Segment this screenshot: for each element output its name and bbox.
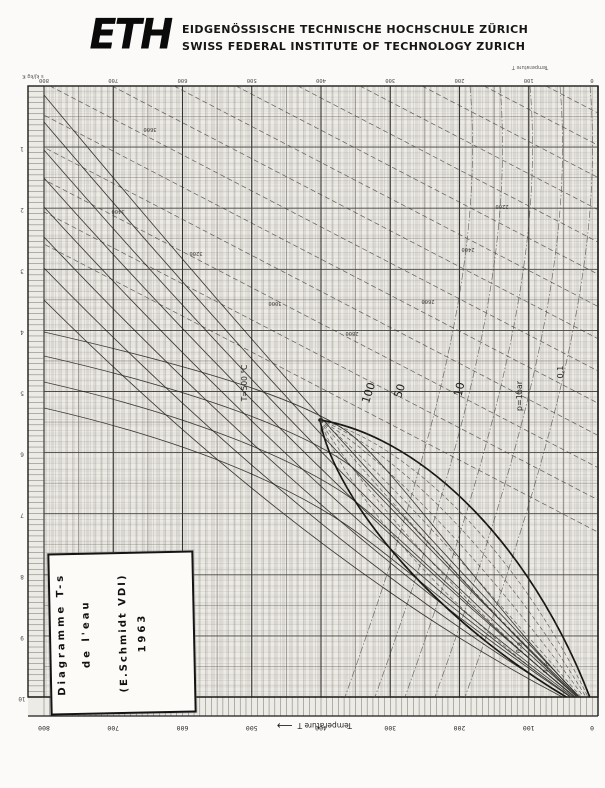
svg-text:9: 9	[20, 634, 24, 641]
diagram-subtitle: de l'eau	[80, 599, 92, 668]
svg-text:3400: 3400	[111, 208, 124, 214]
svg-text:2200: 2200	[495, 203, 508, 209]
diagram-title: Diagramme T-s	[55, 573, 69, 696]
svg-text:300: 300	[385, 77, 395, 83]
svg-text:3: 3	[20, 267, 24, 274]
svg-text:3000: 3000	[268, 300, 281, 306]
svg-text:3600: 3600	[143, 126, 156, 132]
svg-text:200: 200	[455, 77, 465, 83]
diagram-source: (E.Schmidt VDI)	[117, 573, 130, 692]
svg-text:4: 4	[20, 328, 24, 335]
svg-text:p=1bar: p=1bar	[515, 380, 524, 411]
svg-text:200: 200	[454, 724, 466, 732]
svg-text:700: 700	[107, 724, 119, 732]
svg-text:400: 400	[316, 77, 326, 83]
svg-text:6: 6	[20, 451, 24, 458]
svg-text:2: 2	[20, 206, 24, 213]
svg-text:500: 500	[247, 77, 257, 83]
temperature-axis-text: Temperature T	[298, 722, 352, 731]
svg-text:100: 100	[524, 77, 534, 83]
diagram-year: 1963	[137, 613, 149, 653]
svg-text:T=500 °C: T=500 °C	[240, 365, 249, 403]
temperature-axis-label-top: Temperature T	[500, 60, 560, 70]
svg-text:10: 10	[18, 695, 26, 702]
svg-text:2400: 2400	[461, 246, 474, 252]
svg-text:2800: 2800	[345, 330, 358, 336]
svg-text:800: 800	[38, 724, 50, 732]
svg-text:700: 700	[108, 77, 118, 83]
svg-text:7: 7	[20, 512, 24, 519]
temperature-axis-label: Temperature T ⟶	[232, 718, 352, 734]
svg-text:600: 600	[177, 724, 189, 732]
svg-text:8: 8	[20, 573, 24, 580]
title-block-rotated-text: Diagramme T-s de l'eau (E.Schmidt VDI) 1…	[52, 556, 191, 711]
svg-text:0: 0	[590, 724, 594, 732]
axis-arrow-icon: ⟶	[278, 720, 293, 733]
svg-text:0,1: 0,1	[556, 366, 565, 379]
svg-text:0: 0	[590, 77, 593, 83]
svg-text:3200: 3200	[189, 250, 202, 256]
svg-text:100: 100	[523, 724, 535, 732]
scanned-page: ETH EIDGENÖSSISCHE TECHNISCHE HOCHSCHULE…	[0, 0, 605, 788]
svg-text:300: 300	[384, 724, 396, 732]
svg-text:1: 1	[20, 145, 24, 152]
title-block: Diagramme T-s de l'eau (E.Schmidt VDI) 1…	[47, 550, 196, 715]
svg-text:2600: 2600	[421, 298, 434, 304]
svg-text:5: 5	[20, 390, 24, 397]
entropy-axis-unit-label: s kJ/kg K	[18, 57, 48, 79]
svg-text:600: 600	[178, 77, 188, 83]
